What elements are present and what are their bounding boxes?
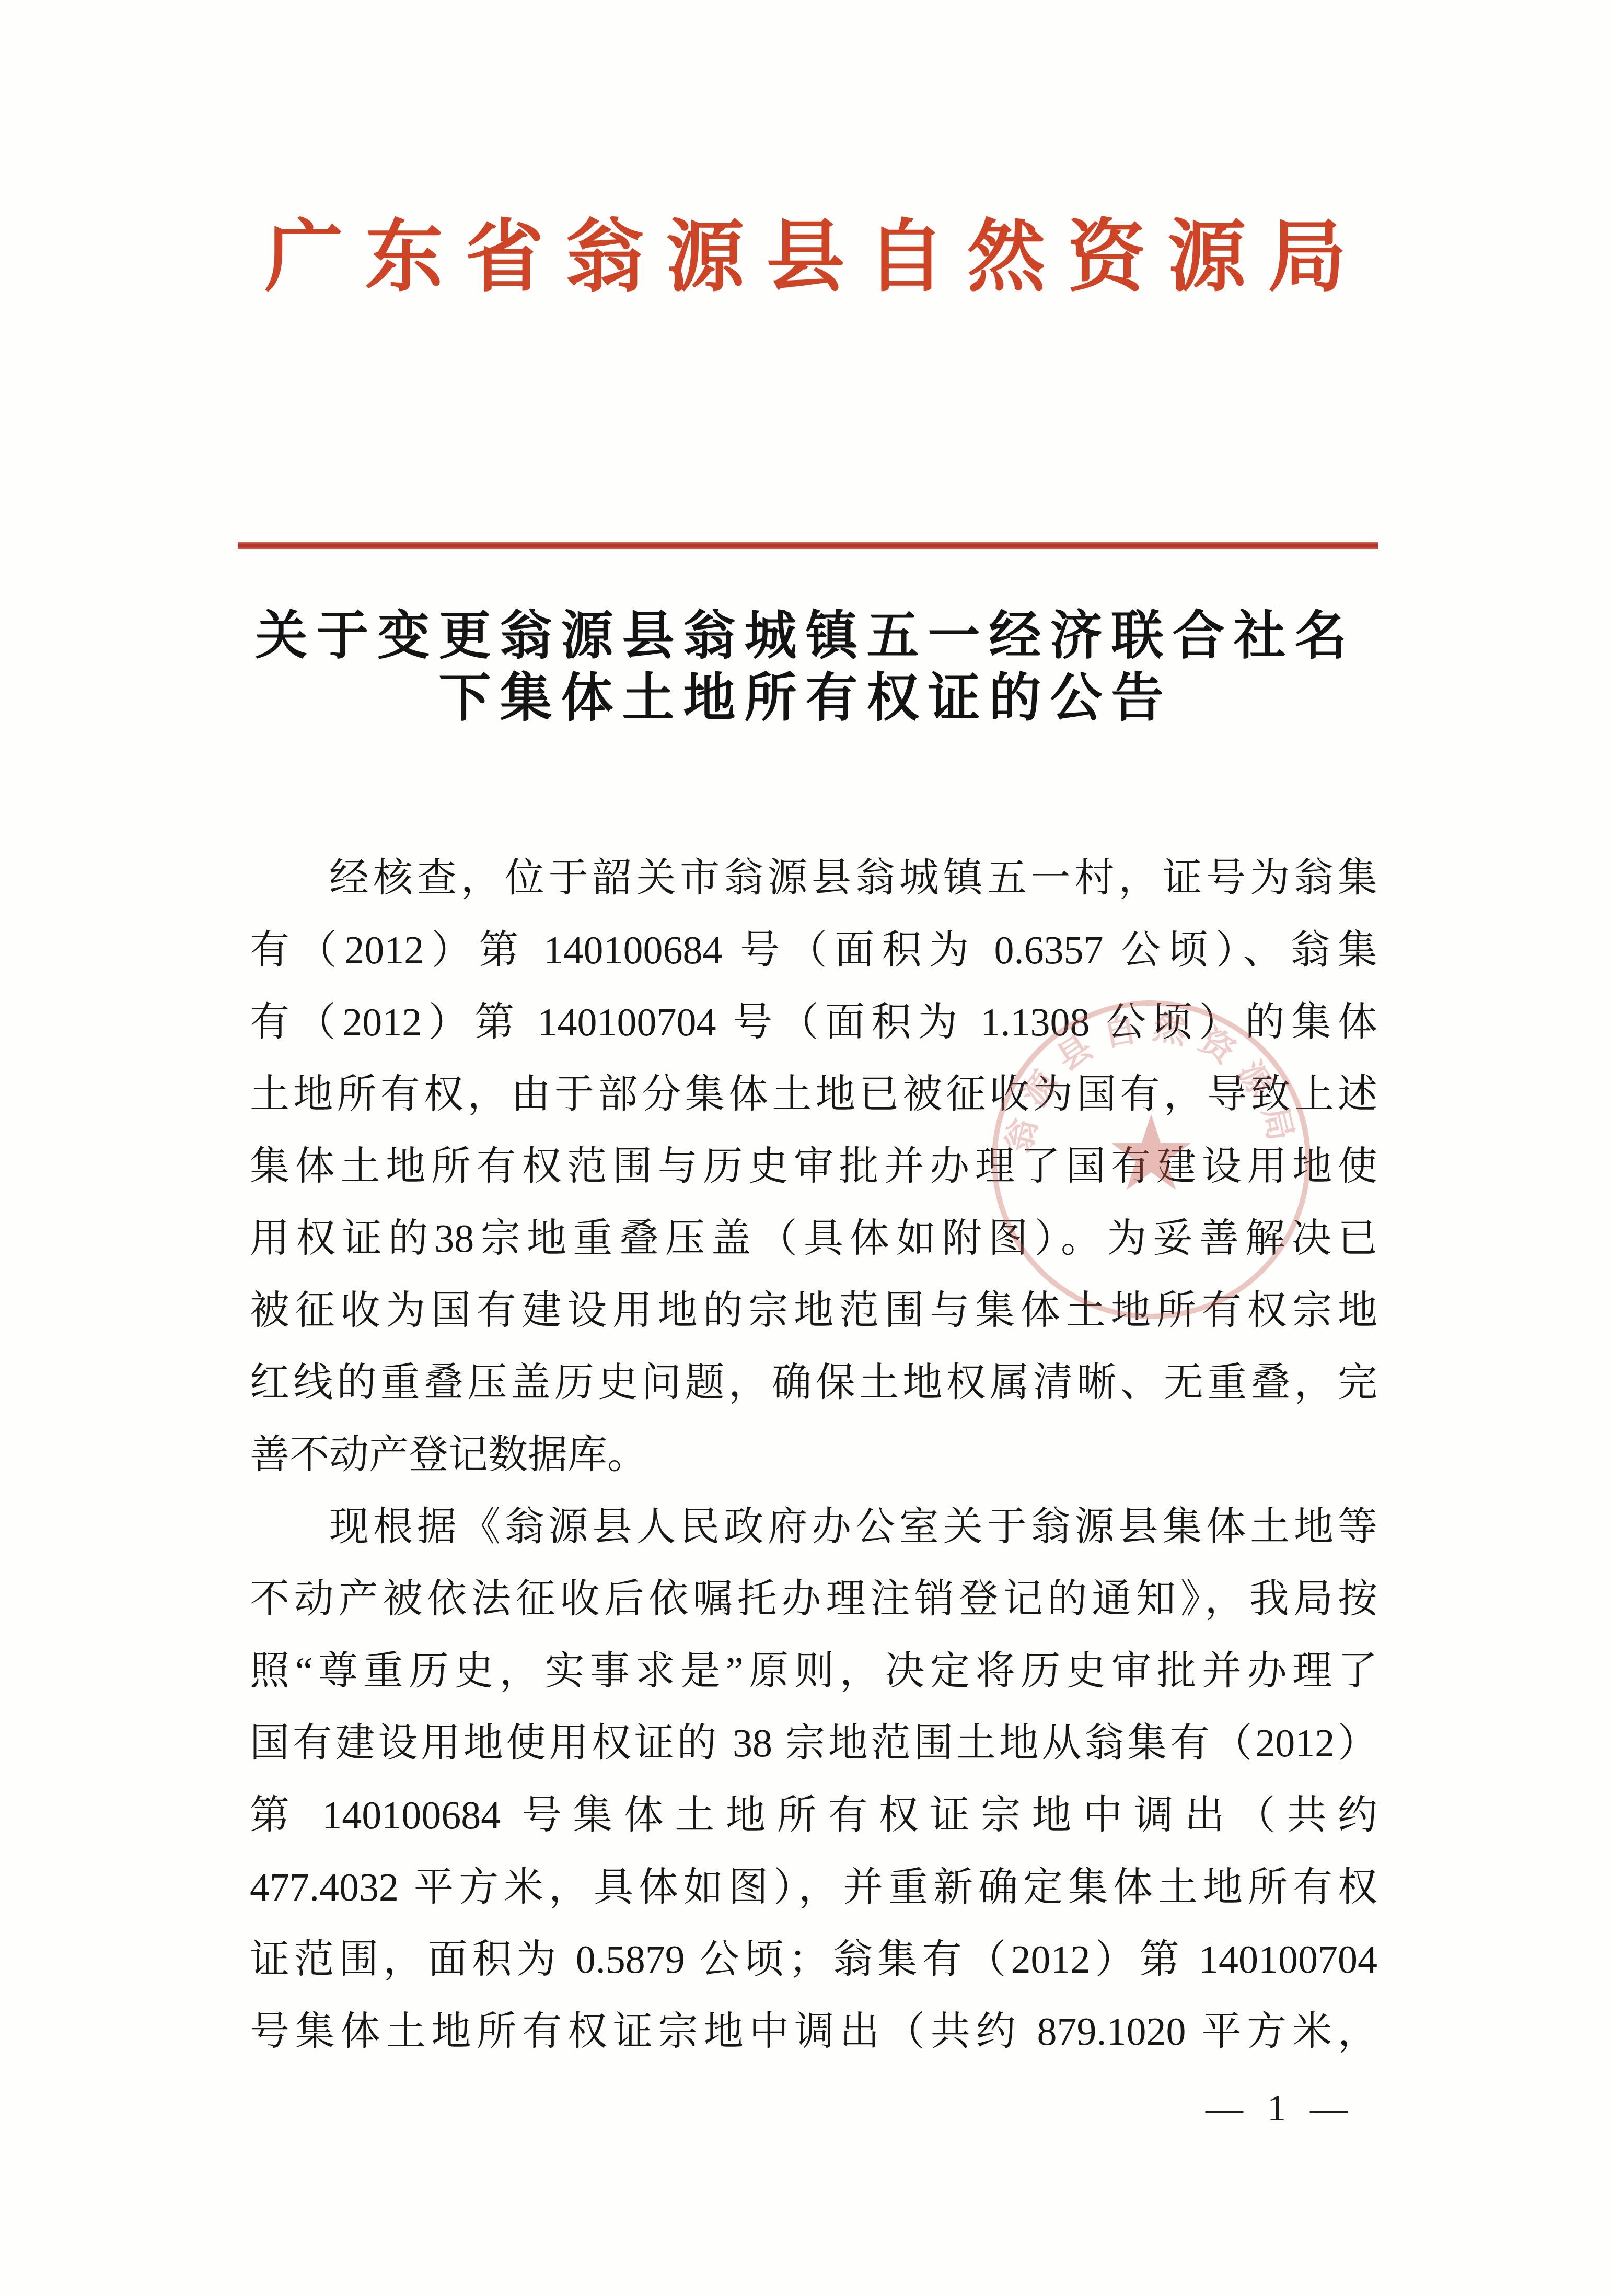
body-line: 集体土地所有权范围与历史审批并办理了国有建设用地使 — [250, 1130, 1377, 1203]
body-line: 经核查，位于韶关市翁源县翁城镇五一村，证号为翁集 — [250, 842, 1377, 914]
document-title: 关于变更翁源县翁城镇五一经济联合社名 下集体土地所有权证的公告 — [0, 605, 1611, 729]
letterhead-title: 广东省翁源县自然资源局 — [0, 213, 1611, 302]
red-divider-line — [238, 542, 1378, 549]
body-line: 善不动产登记数据库。 — [250, 1419, 1377, 1491]
body-line: 现根据《翁源县人民政府办公室关于翁源县集体土地等 — [250, 1491, 1377, 1563]
document-title-line-2: 下集体土地所有权证的公告 — [0, 667, 1611, 729]
body-line: 红线的重叠压盖历史问题，确保土地权属清晰、无重叠，完 — [250, 1347, 1377, 1419]
body-line: 477.4032 平方米，具体如图），并重新确定集体土地所有权 — [250, 1851, 1377, 1924]
body-line: 第 140100684 号集体土地所有权证宗地中调出（共约 — [250, 1779, 1377, 1851]
body-text: 经核查，位于韶关市翁源县翁城镇五一村，证号为翁集有（2012）第 1401006… — [250, 842, 1377, 2068]
body-line: 土地所有权，由于部分集体土地已被征收为国有，导致上述 — [250, 1058, 1377, 1130]
body-line: 国有建设用地使用权证的 38 宗地范围土地从翁集有（2012） — [250, 1707, 1377, 1779]
body-line: 有（2012）第 140100684 号（面积为 0.6357 公顷）、翁集 — [250, 914, 1377, 986]
document-page: 广东省翁源县自然资源局 关于变更翁源县翁城镇五一经济联合社名 下集体土地所有权证… — [0, 0, 1611, 2296]
page-number: — 1 — — [1191, 2084, 1369, 2131]
document-title-line-1: 关于变更翁源县翁城镇五一经济联合社名 — [0, 605, 1611, 667]
body-line: 号集体土地所有权证宗地中调出（共约 879.1020 平方米， — [250, 1996, 1377, 2068]
body-line: 不动产被依法征收后依嘱托办理注销登记的通知》，我局按 — [250, 1563, 1377, 1635]
body-line: 用权证的38宗地重叠压盖（具体如附图）。为妥善解决已 — [250, 1203, 1377, 1275]
body-line: 有（2012）第 140100704 号（面积为 1.1308 公顷）的集体 — [250, 986, 1377, 1058]
body-line: 被征收为国有建设用地的宗地范围与集体土地所有权宗地 — [250, 1275, 1377, 1347]
body-line: 照“尊重历史，实事求是”原则，决定将历史审批并办理了 — [250, 1635, 1377, 1707]
body-line: 证范围，面积为 0.5879 公顷；翁集有（2012）第 140100704 — [250, 1924, 1377, 1996]
